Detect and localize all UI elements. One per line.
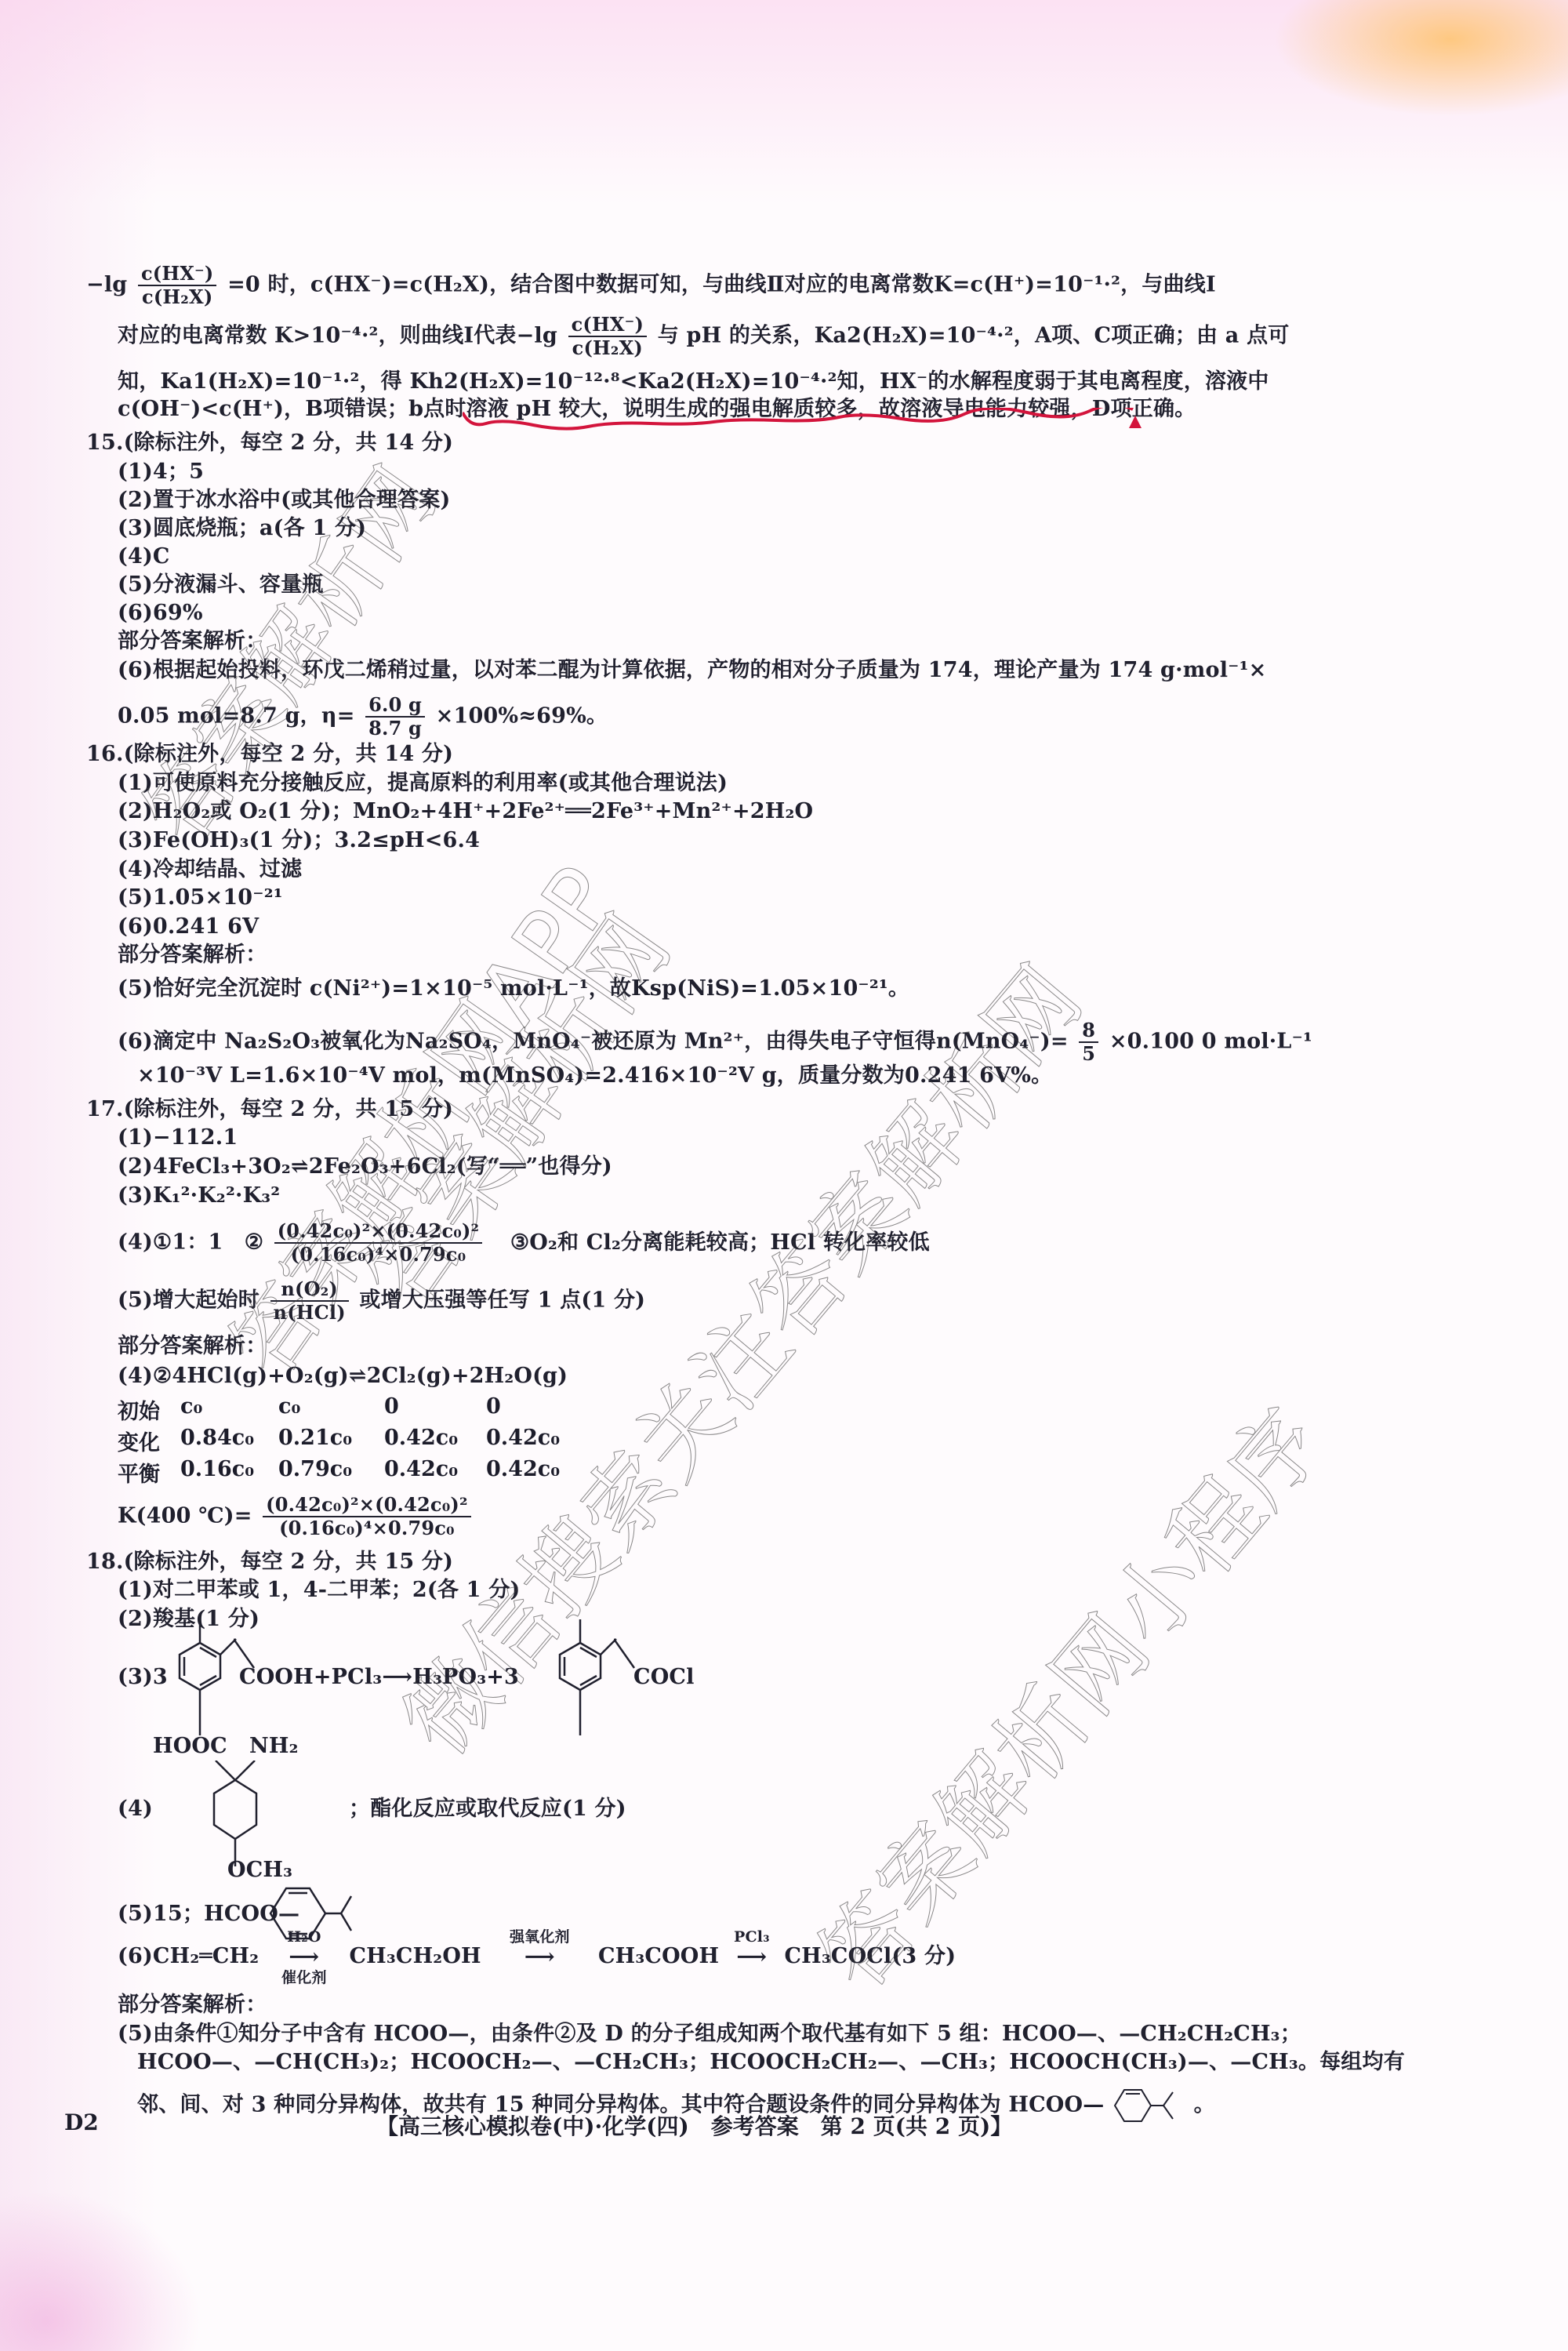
table-cell: 0.21c₀ <box>278 1426 352 1450</box>
q18-answer-4-prefix: (4) <box>118 1796 153 1822</box>
table-cell: 0 <box>384 1394 399 1419</box>
q15-answer: (2)置于冰水浴中(或其他合理答案) <box>118 487 451 514</box>
fraction-denominator: c(H₂X) <box>138 286 217 308</box>
fraction: 6.0 g 8.7 g <box>365 694 425 739</box>
fraction-numerator: c(HX⁻) <box>568 314 648 337</box>
table-cell: 0 <box>486 1394 501 1419</box>
q18-answer-4-suffix: ；酯化反应或取代反应(1 分) <box>349 1796 626 1822</box>
page-footer-title: 【高三核心模拟卷(中)·化学(四) 参考答案 第 2 页(共 2 页)】 <box>376 2109 1012 2141</box>
fraction-numerator: (0.42c₀)²×(0.42c₀)² <box>274 1220 483 1244</box>
table-cell: 0.79c₀ <box>278 1457 352 1481</box>
q17-answer-3: (3)K₁²·K₂²·K₃² <box>118 1183 280 1209</box>
fraction-numerator: (0.42c₀)²×(0.42c₀)² <box>263 1494 471 1517</box>
product: CH₃COCl(3 分) <box>784 1944 956 1968</box>
q18-answer-1: (1)对二甲苯或 1，4-二甲苯；2(各 1 分) <box>118 1577 520 1604</box>
intro-line-1: −lg c(HX⁻) c(H₂X) =0 时，c(HX⁻)=c(H₂X)，结合图… <box>86 263 1216 308</box>
q17-analysis-label: 部分答案解析： <box>118 1333 267 1360</box>
q17-k-expression: K(400 ℃)= (0.42c₀)²×(0.42c₀)² (0.16c₀)⁴×… <box>118 1494 474 1539</box>
fraction-denominator: (0.16c₀)⁴×0.79c₀ <box>274 1244 483 1266</box>
table-cell: 0.42c₀ <box>486 1457 560 1481</box>
analysis-text: ×0.100 0 mol·L⁻¹ <box>1109 1030 1312 1054</box>
q16-answer: (1)可使原料充分接触反应，提高原料的利用率(或其他合理说法) <box>118 770 728 797</box>
q15-header: 15.(除标注外，每空 2 分，共 14 分) <box>86 430 453 456</box>
intro-text: 对应的电离常数 K>10⁻⁴·²，则曲线Ⅰ代表−lg <box>118 324 557 348</box>
q15-analysis-label: 部分答案解析： <box>118 628 267 655</box>
q18-analysis-label: 部分答案解析： <box>118 1992 267 2019</box>
q16-header: 16.(除标注外，每空 2 分，共 14 分) <box>86 741 453 768</box>
answer-text: (5)增大起始时 <box>118 1288 260 1313</box>
fraction-numerator: n(O₂) <box>270 1278 349 1302</box>
q16-analysis-line: ×10⁻³V L=1.6×10⁻⁴V mol，m(MnSO₄)=2.416×10… <box>137 1063 1052 1089</box>
q18-analysis-line: HCOO—、—CH(CH₃)₂；HCOOCH₂—、—CH₂CH₃；HCOOCH₂… <box>137 2049 1405 2076</box>
fraction: c(HX⁻) c(H₂X) <box>138 263 217 308</box>
table-cell: 0.42c₀ <box>384 1426 458 1450</box>
intro-line-2: 对应的电离常数 K>10⁻⁴·²，则曲线Ⅰ代表−lg c(HX⁻) c(H₂X)… <box>118 314 1290 359</box>
q18-answer-3-product: COCl <box>633 1664 695 1691</box>
arrow-condition-top: PCl₃ <box>727 1924 777 1950</box>
q16-answer: (5)1.05×10⁻²¹ <box>118 885 283 911</box>
q15-answer: (4)C <box>118 543 170 570</box>
q15-analysis-line: (6)根据起始投料，环戊二烯稍过量，以对苯二醌为计算依据，产物的相对分子质量为 … <box>118 657 1266 684</box>
arrow-condition-top: 强氧化剂 <box>488 1924 590 1950</box>
fraction-denominator: 5 <box>1079 1043 1098 1065</box>
fraction-denominator: 8.7 g <box>365 718 425 739</box>
k-label: K(400 ℃)= <box>118 1504 252 1528</box>
q18-hooc-label: HOOC <box>153 1733 227 1760</box>
red-wavy-underline <box>463 408 1137 439</box>
isopropylbenzene-structure-icon <box>1112 2086 1186 2125</box>
answer-text: 或增大压强等任写 1 点(1 分) <box>359 1288 645 1313</box>
q17-answer-5: (5)增大起始时 n(O₂) n(HCl) 或增大压强等任写 1 点(1 分) <box>118 1278 645 1324</box>
reactant: (6)CH₂═CH₂ <box>118 1944 259 1968</box>
fraction-denominator: n(HCl) <box>270 1302 349 1324</box>
table-cell: 0.42c₀ <box>486 1426 560 1450</box>
q18-answer-6: (6)CH₂═CH₂ H₂O ⟶ 催化剂 CH₃CH₂OH 强氧化剂 ⟶ CH₃… <box>118 1943 956 1971</box>
q16-answer: (3)Fe(OH)₃(1 分)；3.2≤pH<6.4 <box>118 827 480 854</box>
q16-analysis-line: (6)滴定中 Na₂S₂O₃被氧化为Na₂SO₄，MnO₄⁻被还原为 Mn²⁺，… <box>118 1019 1312 1065</box>
q16-answer: (2)H₂O₂或 O₂(1 分)；MnO₂+4H⁺+2Fe²⁺══2Fe³⁺+M… <box>118 798 813 825</box>
intermediate: CH₃COOH <box>598 1944 719 1968</box>
q15-answer: (1)4；5 <box>118 459 204 485</box>
table-row-label: 平衡 <box>118 1457 160 1488</box>
fraction: 8 5 <box>1079 1019 1098 1065</box>
fraction-numerator: 8 <box>1079 1019 1098 1043</box>
analysis-text: ×100%≈69%。 <box>436 704 608 729</box>
q15-answer: (6)69% <box>118 600 203 627</box>
q15-answer: (3)圆底烧瓶；a(各 1 分) <box>118 515 366 542</box>
table-row-label: 初始 <box>118 1394 160 1425</box>
q18-och3-label: OCH₃ <box>227 1857 292 1884</box>
page-code: D2 <box>64 2109 99 2135</box>
table-cell: 0.42c₀ <box>384 1457 458 1481</box>
table-cell: c₀ <box>278 1394 300 1419</box>
q17-answer-4: (4)①1：1 ② (0.42c₀)²×(0.42c₀)² (0.16c₀)⁴×… <box>118 1220 930 1266</box>
q17-equation: (4)②4HCl(g)+O₂(g)⇌2Cl₂(g)+2H₂O(g) <box>118 1363 568 1390</box>
q17-header: 17.(除标注外，每空 2 分，共 15 分) <box>86 1096 453 1123</box>
q16-answer: (4)冷却结晶、过滤 <box>118 856 302 883</box>
q18-answer-3-equation: COOH+PCl₃⟶H₃PO₃+3 <box>239 1664 519 1691</box>
arrow-condition-bottom: 催化剂 <box>267 1964 342 1991</box>
q18-header: 18.(除标注外，每空 2 分，共 15 分) <box>86 1549 453 1575</box>
fraction: (0.42c₀)²×(0.42c₀)² (0.16c₀)⁴×0.79c₀ <box>274 1220 483 1266</box>
q17-answer-1: (1)−112.1 <box>118 1125 238 1151</box>
intro-text: =0 时，c(HX⁻)=c(H₂X)，结合图中数据可知，与曲线Ⅱ对应的电离常数K… <box>227 273 1216 297</box>
answer-text: (4)①1：1 ② <box>118 1230 263 1255</box>
table-cell: 0.16c₀ <box>180 1457 254 1481</box>
intermediate: CH₃CH₂OH <box>349 1944 481 1968</box>
benzene-ring-structure-icon <box>161 1619 239 1737</box>
fraction: c(HX⁻) c(H₂X) <box>568 314 648 359</box>
fraction: n(O₂) n(HCl) <box>270 1278 349 1324</box>
fraction-numerator: c(HX⁻) <box>138 263 217 286</box>
q18-nh2-label: NH₂ <box>249 1733 299 1760</box>
intro-text: 与 pH 的关系，Ka2(H₂X)=10⁻⁴·²，A项、C项正确；由 a 点可 <box>658 324 1290 348</box>
q16-analysis-line: (5)恰好完全沉淀时 c(Ni²⁺)=1×10⁻⁵ mol·L⁻¹，故Ksp(N… <box>118 976 909 1002</box>
fraction-denominator: c(H₂X) <box>568 337 648 359</box>
q15-answer: (5)分液漏斗、容量瓶 <box>118 572 324 598</box>
q17-answer-2: (2)4FeCl₃+3O₂⇌2Fe₂O₃+6Cl₂(写“══”也得分) <box>118 1154 612 1180</box>
analysis-text: 0.05 mol=8.7 g，η= <box>118 704 355 729</box>
lg-prefix: −lg <box>86 273 127 297</box>
analysis-text: 。 <box>1194 2093 1215 2117</box>
fraction-numerator: 6.0 g <box>365 694 425 718</box>
fraction-denominator: (0.16c₀)⁴×0.79c₀ <box>263 1517 471 1539</box>
fraction: (0.42c₀)²×(0.42c₀)² (0.16c₀)⁴×0.79c₀ <box>263 1494 471 1539</box>
intro-line-3: 知，Ka1(H₂X)=10⁻¹·²，得 Kh2(H₂X)=10⁻¹²·⁸<Ka2… <box>118 369 1269 395</box>
reaction-arrow: H₂O ⟶ 催化剂 <box>267 1944 342 1971</box>
table-cell: c₀ <box>180 1394 202 1419</box>
arrow-condition-top: H₂O <box>267 1924 342 1950</box>
q18-analysis-line: (5)由条件①知分子中含有 HCOO—，由条件②及 D 的分子组成知两个取代基有… <box>118 2021 1301 2048</box>
analysis-text: (6)滴定中 Na₂S₂O₃被氧化为Na₂SO₄，MnO₄⁻被还原为 Mn²⁺，… <box>118 1030 1069 1054</box>
q16-analysis-label: 部分答案解析： <box>118 942 267 968</box>
table-row-label: 变化 <box>118 1426 160 1456</box>
answer-text: ③O₂和 Cl₂分离能耗较高；HCl 转化率较低 <box>510 1230 930 1255</box>
reaction-arrow: PCl₃ ⟶ <box>727 1944 777 1971</box>
reaction-arrow: 强氧化剂 ⟶ <box>488 1944 590 1971</box>
table-cell: 0.84c₀ <box>180 1426 254 1450</box>
red-caret-mark <box>1129 416 1142 428</box>
benzene-ring-product-icon <box>541 1619 619 1737</box>
q15-analysis-line: 0.05 mol=8.7 g，η= 6.0 g 8.7 g ×100%≈69%。 <box>118 694 608 739</box>
q16-answer: (6)0.241 6V <box>118 914 259 940</box>
